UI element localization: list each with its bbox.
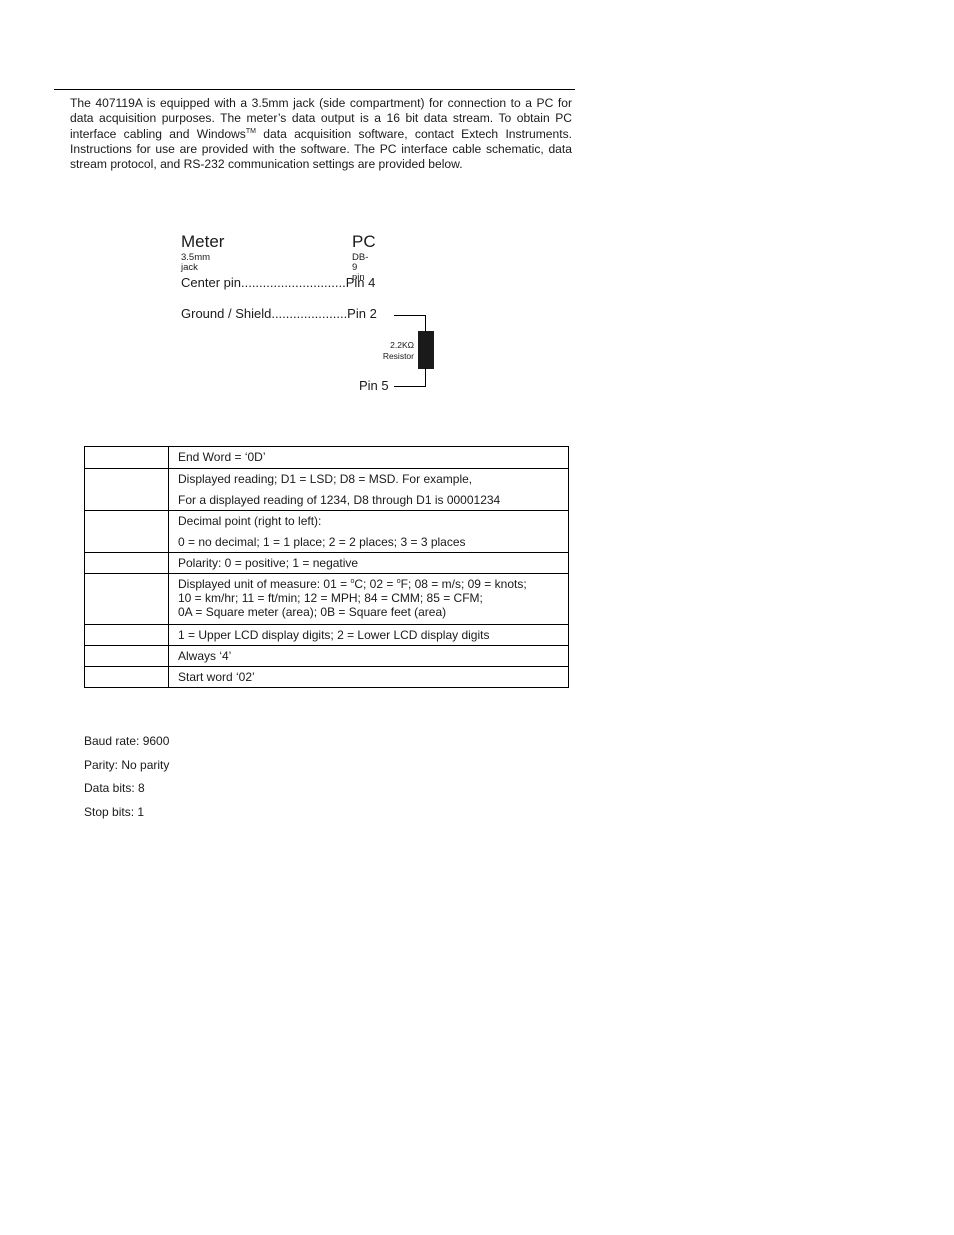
pin5-label: Pin 5 xyxy=(359,379,389,393)
code-cell xyxy=(85,553,169,574)
description-cell: End Word = ‘0D’ xyxy=(169,447,569,469)
description-cell: Displayed unit of measure: 01 = oC; 02 =… xyxy=(169,574,569,625)
description-line: End Word = ‘0D’ xyxy=(178,450,559,464)
stop-bits: Stop bits: 1 xyxy=(84,805,169,819)
ground-shield-row: Ground / Shield.....................Pin … xyxy=(181,307,377,321)
resistor-symbol xyxy=(418,331,434,369)
meter-heading: Meter xyxy=(181,233,224,250)
description-cell: Polarity: 0 = positive; 1 = negative xyxy=(169,553,569,574)
description-line: Decimal point (right to left): xyxy=(178,514,559,528)
table-row: 1 = Upper LCD display digits; 2 = Lower … xyxy=(85,625,569,646)
resistor-caption: Resistor xyxy=(354,351,414,362)
code-cell xyxy=(85,447,169,469)
code-cell xyxy=(85,469,169,511)
description-line: Start word ‘02’ xyxy=(178,670,559,684)
unit-text: C; 02 = xyxy=(354,577,396,591)
description-line: Always ‘4’ xyxy=(178,649,559,663)
description-line: 0 = no decimal; 1 = 1 place; 2 = 2 place… xyxy=(178,535,559,549)
description-cell: 1 = Upper LCD display digits; 2 = Lower … xyxy=(169,625,569,646)
wire-pin5 xyxy=(394,386,426,387)
table-row: Decimal point (right to left): 0 = no de… xyxy=(85,511,569,553)
parity: Parity: No parity xyxy=(84,758,169,772)
wire-pin2 xyxy=(394,315,426,316)
description-cell: Start word ‘02’ xyxy=(169,667,569,688)
table-row: Polarity: 0 = positive; 1 = negative xyxy=(85,553,569,574)
baud-rate: Baud rate: 9600 xyxy=(84,734,169,748)
table-row: Always ‘4’ xyxy=(85,646,569,667)
code-cell xyxy=(85,646,169,667)
code-cell xyxy=(85,574,169,625)
description-line: Displayed reading; D1 = LSD; D8 = MSD. F… xyxy=(178,472,559,486)
section-rule xyxy=(54,89,575,90)
description-cell: Always ‘4’ xyxy=(169,646,569,667)
description-line: 1 = Upper LCD display digits; 2 = Lower … xyxy=(178,628,559,642)
description-cell: Decimal point (right to left): 0 = no de… xyxy=(169,511,569,553)
description-cell: Displayed reading; D1 = LSD; D8 = MSD. F… xyxy=(169,469,569,511)
data-bits: Data bits: 8 xyxy=(84,781,169,795)
table-row: Displayed unit of measure: 01 = oC; 02 =… xyxy=(85,574,569,625)
code-cell xyxy=(85,511,169,553)
wire-pin5-up xyxy=(425,368,426,387)
table-row: Displayed reading; D1 = LSD; D8 = MSD. F… xyxy=(85,469,569,511)
table-row: End Word = ‘0D’ xyxy=(85,447,569,469)
code-cell xyxy=(85,625,169,646)
trademark-symbol: TM xyxy=(246,128,256,135)
description-line: Displayed unit of measure: 01 = oC; 02 =… xyxy=(178,577,559,591)
resistor-label: 2.2KΩ Resistor xyxy=(354,340,414,362)
rs232-settings: Baud rate: 9600 Parity: No parity Data b… xyxy=(84,734,169,829)
wire-pin2-down xyxy=(425,315,426,332)
data-stream-protocol-table: End Word = ‘0D’ Displayed reading; D1 = … xyxy=(84,446,569,688)
pc-heading: PC xyxy=(352,233,376,250)
table-row: Start word ‘02’ xyxy=(85,667,569,688)
description-line: 10 = km/hr; 11 = ft/min; 12 = MPH; 84 = … xyxy=(178,591,559,605)
unit-text: Displayed unit of measure: 01 = xyxy=(178,577,350,591)
meter-subheading: 3.5mm jack xyxy=(181,253,210,273)
unit-text: F; 08 = m/s; 09 = knots; xyxy=(401,577,527,591)
description-line: For a displayed reading of 1234, D8 thro… xyxy=(178,493,559,507)
code-cell xyxy=(85,667,169,688)
resistor-value: 2.2KΩ xyxy=(354,340,414,351)
intro-paragraph: The 407119A is equipped with a 3.5mm jac… xyxy=(70,96,572,172)
description-line: 0A = Square meter (area); 0B = Square fe… xyxy=(178,605,559,619)
description-line: Polarity: 0 = positive; 1 = negative xyxy=(178,556,559,570)
center-pin-row: Center pin.............................P… xyxy=(181,276,375,290)
